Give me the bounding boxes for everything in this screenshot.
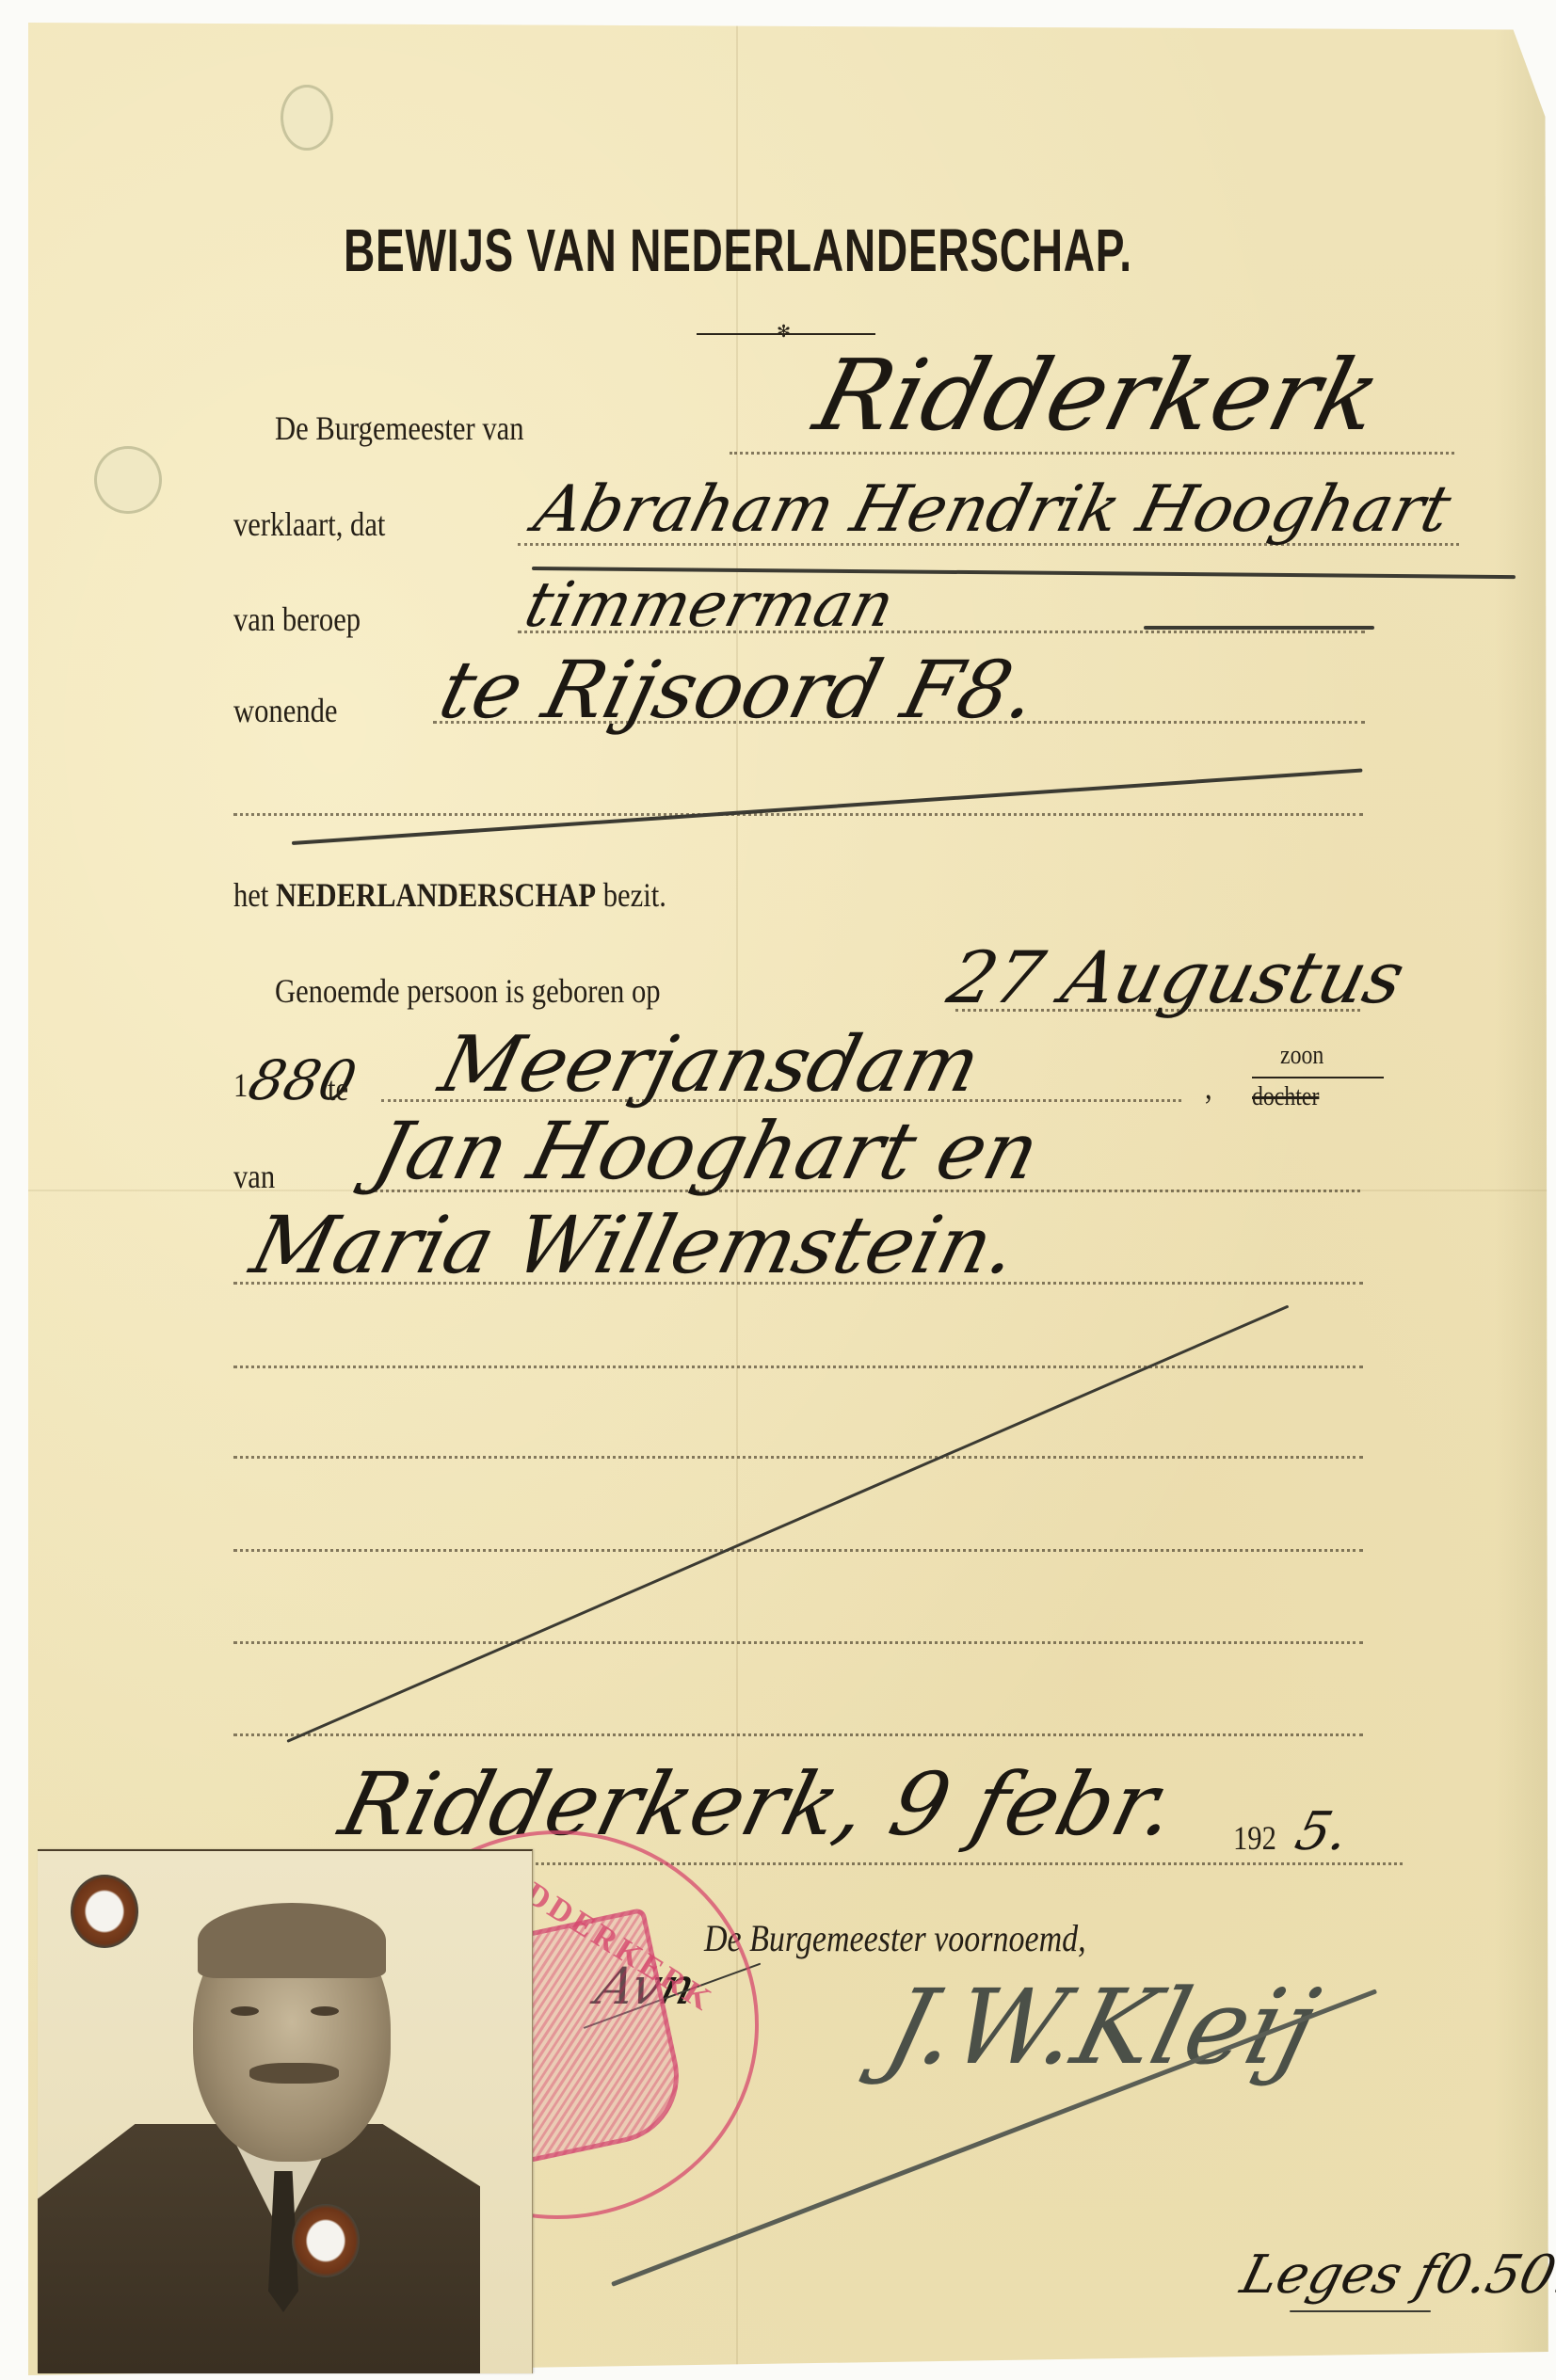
leges-underline	[1290, 2310, 1431, 2312]
geboren-label: Genoemde persoon is geboren op	[275, 971, 661, 1011]
burgemeester-label: De Burgemeester van	[275, 408, 524, 448]
birthplace-value: Meerjansdam	[431, 1020, 988, 1110]
bezit-prefix: het	[233, 876, 268, 914]
bezit-bold: NEDERLANDERSCHAP	[276, 876, 596, 914]
document-title: BEWIJS VAN NEDERLANDERSCHAP.	[344, 216, 1132, 285]
beroep-label: van beroep	[233, 599, 361, 639]
year-printed: 192	[1233, 1818, 1276, 1858]
bezit-statement: het NEDERLANDERSCHAP bezit.	[233, 875, 666, 915]
place-date-value: Ridderkerk, 9 febr.	[331, 1754, 1186, 1855]
wonende-value: te Rijsoord F8.	[431, 644, 1047, 736]
dochter-option-struck: dochter	[1252, 1082, 1319, 1112]
fraction-line	[1252, 1077, 1384, 1078]
burgemeester-value: Ridderkerk	[805, 338, 1392, 453]
parents-line-2: Maria Willemstein.	[243, 1199, 1027, 1291]
mayor-signature: J.W.Kleij	[874, 1967, 1329, 2087]
portrait-eye-right	[311, 2006, 339, 2016]
verklaart-label: verklaart, dat	[233, 504, 385, 544]
eyelet-bottom	[292, 2204, 360, 2277]
year-hand: 5.	[1290, 1801, 1355, 1862]
leges-fee: Leges f0.50.	[1235, 2244, 1556, 2306]
portrait-photo	[38, 1849, 533, 2373]
comma: ,	[1205, 1067, 1212, 1107]
punch-hole-left	[94, 446, 162, 514]
dotted-line	[233, 813, 1363, 816]
portrait-hair	[198, 1903, 386, 1978]
portrait-eye-left	[231, 2006, 259, 2016]
dotted-line	[233, 1733, 1363, 1736]
beroep-value: timmerman	[518, 568, 901, 641]
portrait-mustache	[249, 2063, 339, 2084]
dotted-line	[233, 1366, 1363, 1368]
burgemeester-voornoemd: De Burgemeester voornoemd,	[704, 1916, 1086, 1960]
van-label: van	[233, 1157, 275, 1196]
dotted-line	[233, 1641, 1363, 1644]
te-label: te	[328, 1069, 348, 1109]
dotted-line	[233, 1456, 1363, 1459]
bezit-suffix: bezit.	[603, 876, 666, 914]
parents-line-1: Jan Hooghart en	[365, 1105, 1049, 1197]
eyelet-top	[71, 1875, 138, 1948]
right-edge-fold	[1495, 23, 1551, 2375]
geboren-date-value: 27 Augustus	[940, 935, 1413, 1019]
ornament-divider	[697, 333, 875, 335]
zoon-option: zoon	[1280, 1041, 1323, 1071]
dotted-line	[233, 1549, 1363, 1552]
cancel-stroke	[292, 768, 1363, 845]
name-value: Abraham Hendrik Hooghart	[527, 472, 1458, 547]
beroep-fill-stroke	[1144, 626, 1374, 630]
diagonal-cancel-stroke	[286, 1305, 1289, 1743]
punch-hole-top	[281, 85, 333, 151]
wonende-label: wonende	[233, 691, 337, 730]
